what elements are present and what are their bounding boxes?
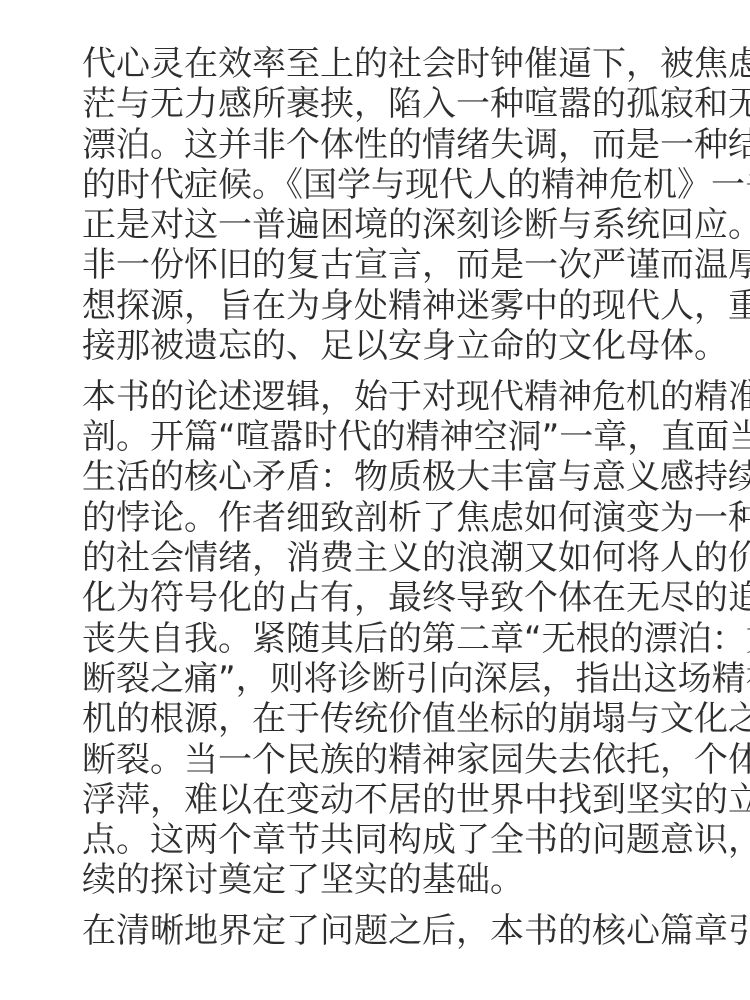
text-line: 丧失自我。紧随其后的第二章“无根的漂泊：文化	[82, 619, 672, 659]
paragraph-1: 代心灵在效率至上的社会时钟催逼下，被焦虑、迷 茫与无力感所裹挟，陷入一种喧嚣的孤…	[82, 44, 672, 366]
text-line: 化为符号化的占有，最终导致个体在无尽的追逐中	[82, 578, 672, 618]
text-line: 浮萍，难以在变动不居的世界中找到坚实的立足	[82, 780, 672, 820]
text-line: 的时代症候。《国学与现代人的精神危机》一书，	[82, 165, 672, 205]
text-line: 断裂。当一个民族的精神家园失去依托，个体便如	[82, 740, 672, 780]
text-line: 生活的核心矛盾：物质极大丰富与意义感持续流失	[82, 457, 672, 497]
text-line: 点。这两个章节共同构成了全书的问题意识，为后	[82, 820, 672, 860]
text-line: 的社会情绪，消费主义的浪潮又如何将人的价值窄	[82, 538, 672, 578]
text-line: 茫与无力感所裹挟，陷入一种喧嚣的孤寂和无根的	[82, 84, 672, 124]
text-line: 断裂之痛”，则将诊断引向深层，指出这场精神危	[82, 659, 672, 699]
text-line: 接那被遗忘的、足以安身立命的文化母体。	[82, 326, 672, 366]
paragraph-3: 在清晰地界定了问题之后，本书的核心篇章引领读	[82, 911, 672, 951]
text-line: 续的探讨奠定了坚实的基础。	[82, 860, 672, 900]
paragraph-2: 本书的论述逻辑，始于对现代精神危机的精准解 剖。开篇“喧嚣时代的精神空洞”一章，…	[82, 377, 672, 901]
text-line: 在清晰地界定了问题之后，本书的核心篇章引领读	[82, 911, 672, 951]
text-line: 的悖论。作者细致剖析了焦虑如何演变为一种普遍	[82, 498, 672, 538]
text-line: 剖。开篇“喧嚣时代的精神空洞”一章，直面当代	[82, 417, 672, 457]
text-line: 机的根源，在于传统价值坐标的崩塌与文化之根的	[82, 699, 672, 739]
text-line: 代心灵在效率至上的社会时钟催逼下，被焦虑、迷	[82, 44, 672, 84]
text-line: 本书的论述逻辑，始于对现代精神危机的精准解	[82, 377, 672, 417]
text-line: 想探源，旨在为身处精神迷雾中的现代人，重新连	[82, 286, 672, 326]
text-line: 非一份怀旧的复古宣言，而是一次严谨而温厚的思	[82, 245, 672, 285]
article-body: 代心灵在效率至上的社会时钟催逼下，被焦虑、迷 茫与无力感所裹挟，陷入一种喧嚣的孤…	[82, 44, 672, 962]
text-line: 漂泊。这并非个体性的情绪失调，而是一种结构性	[82, 125, 672, 165]
text-line: 正是对这一普遍困境的深刻诊断与系统回应。它并	[82, 205, 672, 245]
